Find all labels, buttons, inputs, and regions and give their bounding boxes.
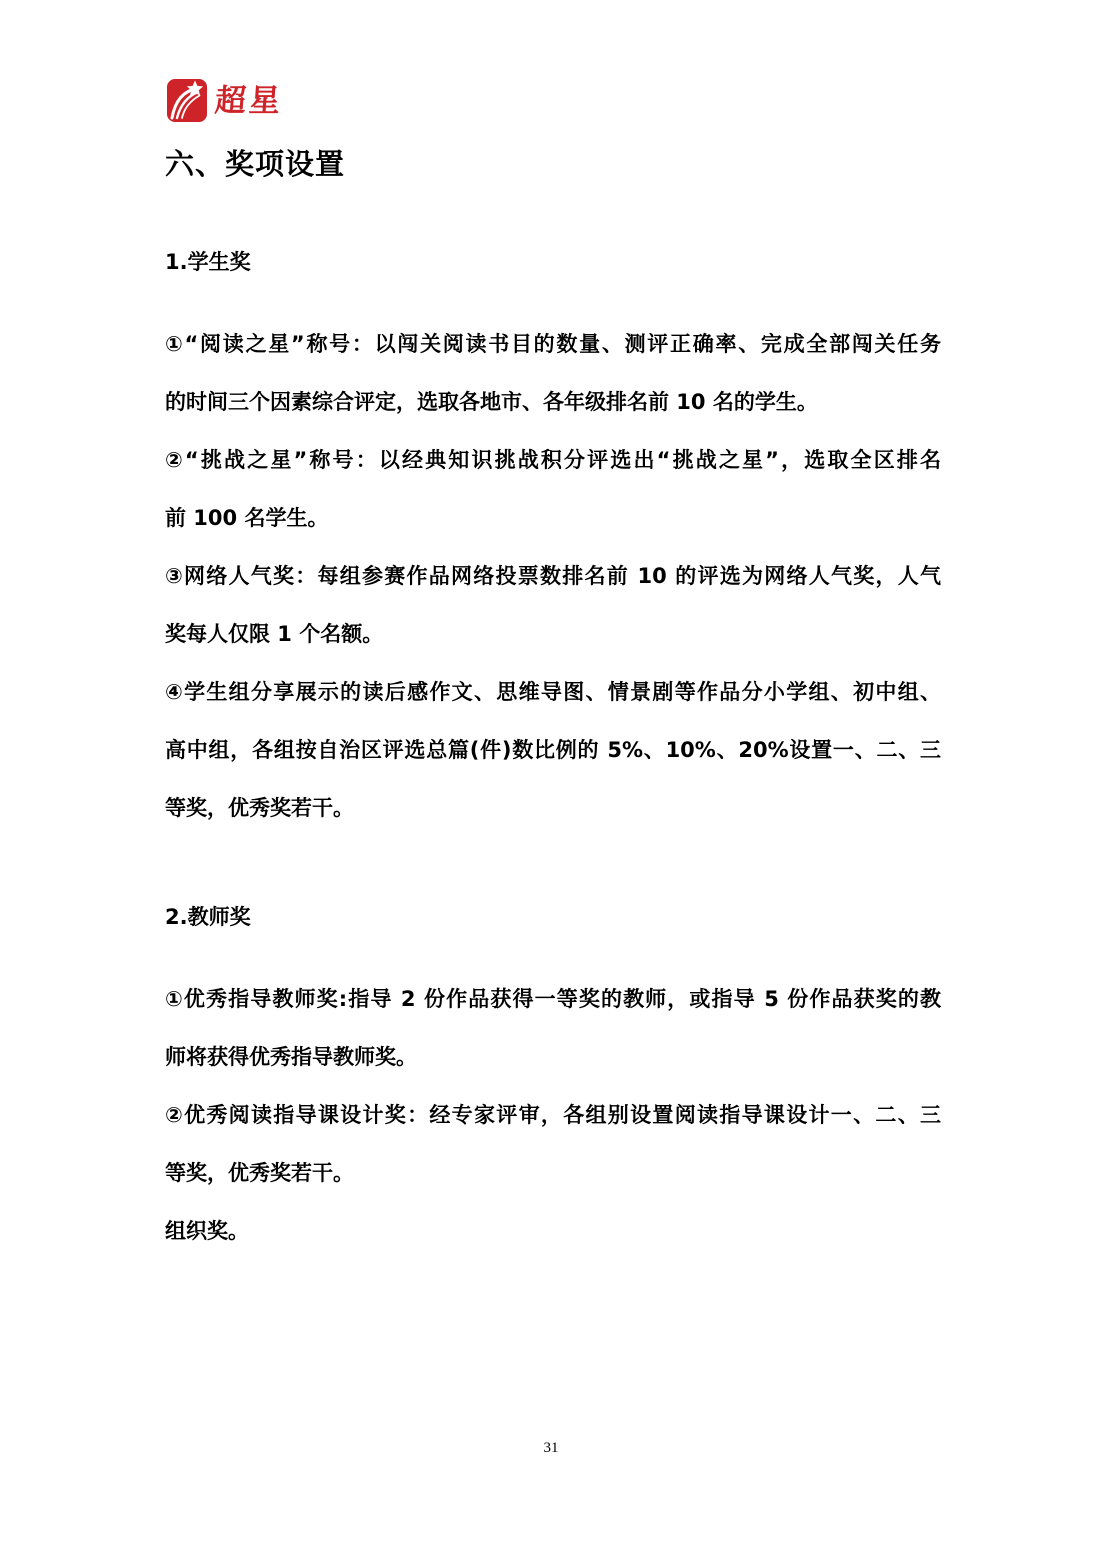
paragraph-reading-course-design-award: ②优秀阅读指导课设计奖：经专家评审，各组别设置阅读指导课设计一、二、三 等奖，优… <box>165 1086 941 1202</box>
paragraph-line: ①优秀指导教师奖:指导 2 份作品获得一等奖的教师，或指导 5 份作品获奖的教 <box>165 970 941 1028</box>
paragraph-line: 等奖，优秀奖若干。 <box>165 1144 941 1202</box>
paragraph-line: 师将获得优秀指导教师奖。 <box>165 1028 941 1086</box>
page-number: 31 <box>0 1440 1102 1457</box>
document-page: 超星 六、奖项设置 1.学生奖 ①“阅读之星”称号：以闯关阅读书目的数量、测评正… <box>0 0 1102 1559</box>
paragraph-line: ③网络人气奖：每组参赛作品网络投票数排名前 10 的评选为网络人气奖，人气 <box>165 547 941 605</box>
section-student-awards: 1.学生奖 ①“阅读之星”称号：以闯关阅读书目的数量、测评正确率、完成全部闯关任… <box>165 233 941 837</box>
paragraph-line: ④学生组分享展示的读后感作文、思维导图、情景剧等作品分小学组、初中组、 <box>165 663 941 721</box>
paragraph-popularity-award: ③网络人气奖：每组参赛作品网络投票数排名前 10 的评选为网络人气奖，人气 奖每… <box>165 547 941 663</box>
paragraph-line: ②“挑战之星”称号：以经典知识挑战积分评选出“挑战之星”，选取全区排名 <box>165 431 941 489</box>
chaoxing-comet-star-icon <box>167 79 207 122</box>
paragraph-challenge-star: ②“挑战之星”称号：以经典知识挑战积分评选出“挑战之星”，选取全区排名 前 10… <box>165 431 941 547</box>
paragraph-line: 高中组，各组按自治区评选总篇(件)数比例的 5%、10%、20%设置一、二、三 <box>165 721 941 779</box>
paragraph-line: 的时间三个因素综合评定，选取各地市、各年级排名前 10 名的学生。 <box>165 373 941 431</box>
chaoxing-logo-text: 超星 <box>214 84 284 117</box>
paragraph-organization-award: 组织奖。 <box>165 1202 941 1260</box>
paragraph-line: 前 100 名学生。 <box>165 489 941 547</box>
paragraph-line: ①“阅读之星”称号：以闯关阅读书目的数量、测评正确率、完成全部闯关任务 <box>165 315 941 373</box>
paragraph-line: 组织奖。 <box>165 1202 941 1260</box>
paragraph-line: 等奖，优秀奖若干。 <box>165 779 941 837</box>
page-title: 六、奖项设置 <box>165 144 945 184</box>
subsection-title-teacher-awards: 2.教师奖 <box>165 888 941 946</box>
paragraph-reading-star: ①“阅读之星”称号：以闯关阅读书目的数量、测评正确率、完成全部闯关任务 的时间三… <box>165 315 941 431</box>
chaoxing-logo: 超星 <box>167 79 283 122</box>
paragraph-line: ②优秀阅读指导课设计奖：经专家评审，各组别设置阅读指导课设计一、二、三 <box>165 1086 941 1144</box>
paragraph-excellent-guidance-teacher: ①优秀指导教师奖:指导 2 份作品获得一等奖的教师，或指导 5 份作品获奖的教 … <box>165 970 941 1086</box>
paragraph-group-sharing-awards: ④学生组分享展示的读后感作文、思维导图、情景剧等作品分小学组、初中组、 高中组，… <box>165 663 941 837</box>
paragraph-line: 奖每人仅限 1 个名额。 <box>165 605 941 663</box>
subsection-title-student-awards: 1.学生奖 <box>165 233 941 291</box>
section-teacher-awards: 2.教师奖 ①优秀指导教师奖:指导 2 份作品获得一等奖的教师，或指导 5 份作… <box>165 888 941 1260</box>
